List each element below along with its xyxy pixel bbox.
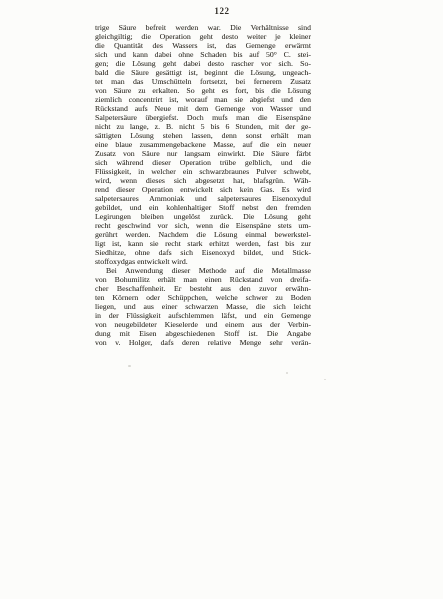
text-line: von v. Holger, dafs deren relative Menge… [95,338,311,347]
text-line: trige Säure befreit werden war. Die Verh… [95,23,311,32]
scan-speck [128,365,131,367]
text-line: gerührt werden. Nachdem die Lösung einma… [95,230,311,239]
text-line: ligt ist, kann sie recht stark erhitzt w… [95,239,311,248]
text-line: von Säure zu erkalten. So geht es fort, … [95,86,311,95]
text-line: gebildet, und ein kohlenhaltiger Stoff n… [95,203,311,212]
text-line: recht geschwind vor sich, wenn die Eisen… [95,221,311,230]
text-line: sich während dieser Operation trübe gelb… [95,158,311,167]
text-line: dung mit Eisen abgeschiedenen Stoff ist.… [95,329,311,338]
text-line: die Quantität des Wassers ist, das Gemen… [95,41,311,50]
text-line: rend dieser Operation entwickelt sich ke… [95,185,311,194]
book-page: 122 trige Säure befreit werden war. Die … [0,0,443,599]
text-line: eine blaue zusammengebackene Masse, auf … [95,140,311,149]
text-line: gen; die Lösung geht dabei desto rascher… [95,59,311,68]
text-line: liegen, und aus einer schwarzen Masse, d… [95,302,311,311]
text-line: Siedhitze, ohne dafs sich Eisenoxyd bild… [95,248,311,257]
text-line: nicht zu lange, z. B. nicht 5 bis 6 Stun… [95,122,311,131]
text-line: von neugebildeter Kieselerde und einem a… [95,320,311,329]
text-line: Bei Anwendung dieser Methode auf die Met… [95,266,311,275]
scan-speck [324,379,326,380]
text-line: Zusatz von Säure nur langsam einwirkt. D… [95,149,311,158]
text-line: wird, wenn dieses sich abgesetzt hat, bl… [95,176,311,185]
text-line: Rückstand aufs Neue mit dem Gemenge von … [95,104,311,113]
text-line: Legirungen bleiben ungelöst zurück. Die … [95,212,311,221]
page-text: trige Säure befreit werden war. Die Verh… [95,23,311,347]
text-line: sich und kann dabei ohne Schaden bis auf… [95,50,311,59]
text-line: Flüssigkeit, in welcher ein schwarzbraun… [95,167,311,176]
page-number: 122 [202,6,242,16]
text-line: salpetersaures Ammoniak und salpetersaur… [95,194,311,203]
text-line: von Bohumilitz erhält man einen Rückstan… [95,275,311,284]
text-line: bald die Säure gesättigt ist, beginnt di… [95,68,311,77]
text-line: gleichgiltig; die Operation geht desto w… [95,32,311,41]
text-line: in der Flüssigkeit aufschlemmen läfst, u… [95,311,311,320]
scan-speck [286,372,288,374]
text-line: tet man das Umschütteln fortsetzt, bei f… [95,77,311,86]
text-line: ten Körnern oder Schüppchen, welche schw… [95,293,311,302]
text-line: sättigten Lösung stehen lassen, denn son… [95,131,311,140]
text-line: cher Beschaffenheit. Er besteht aus den … [95,284,311,293]
text-line: Salpetersäure übergiefst. Doch mufs man … [95,113,311,122]
text-line: ziemlich concentrirt ist, worauf man sie… [95,95,311,104]
text-line: stoffoxydgas entwickelt wird. [95,257,311,266]
